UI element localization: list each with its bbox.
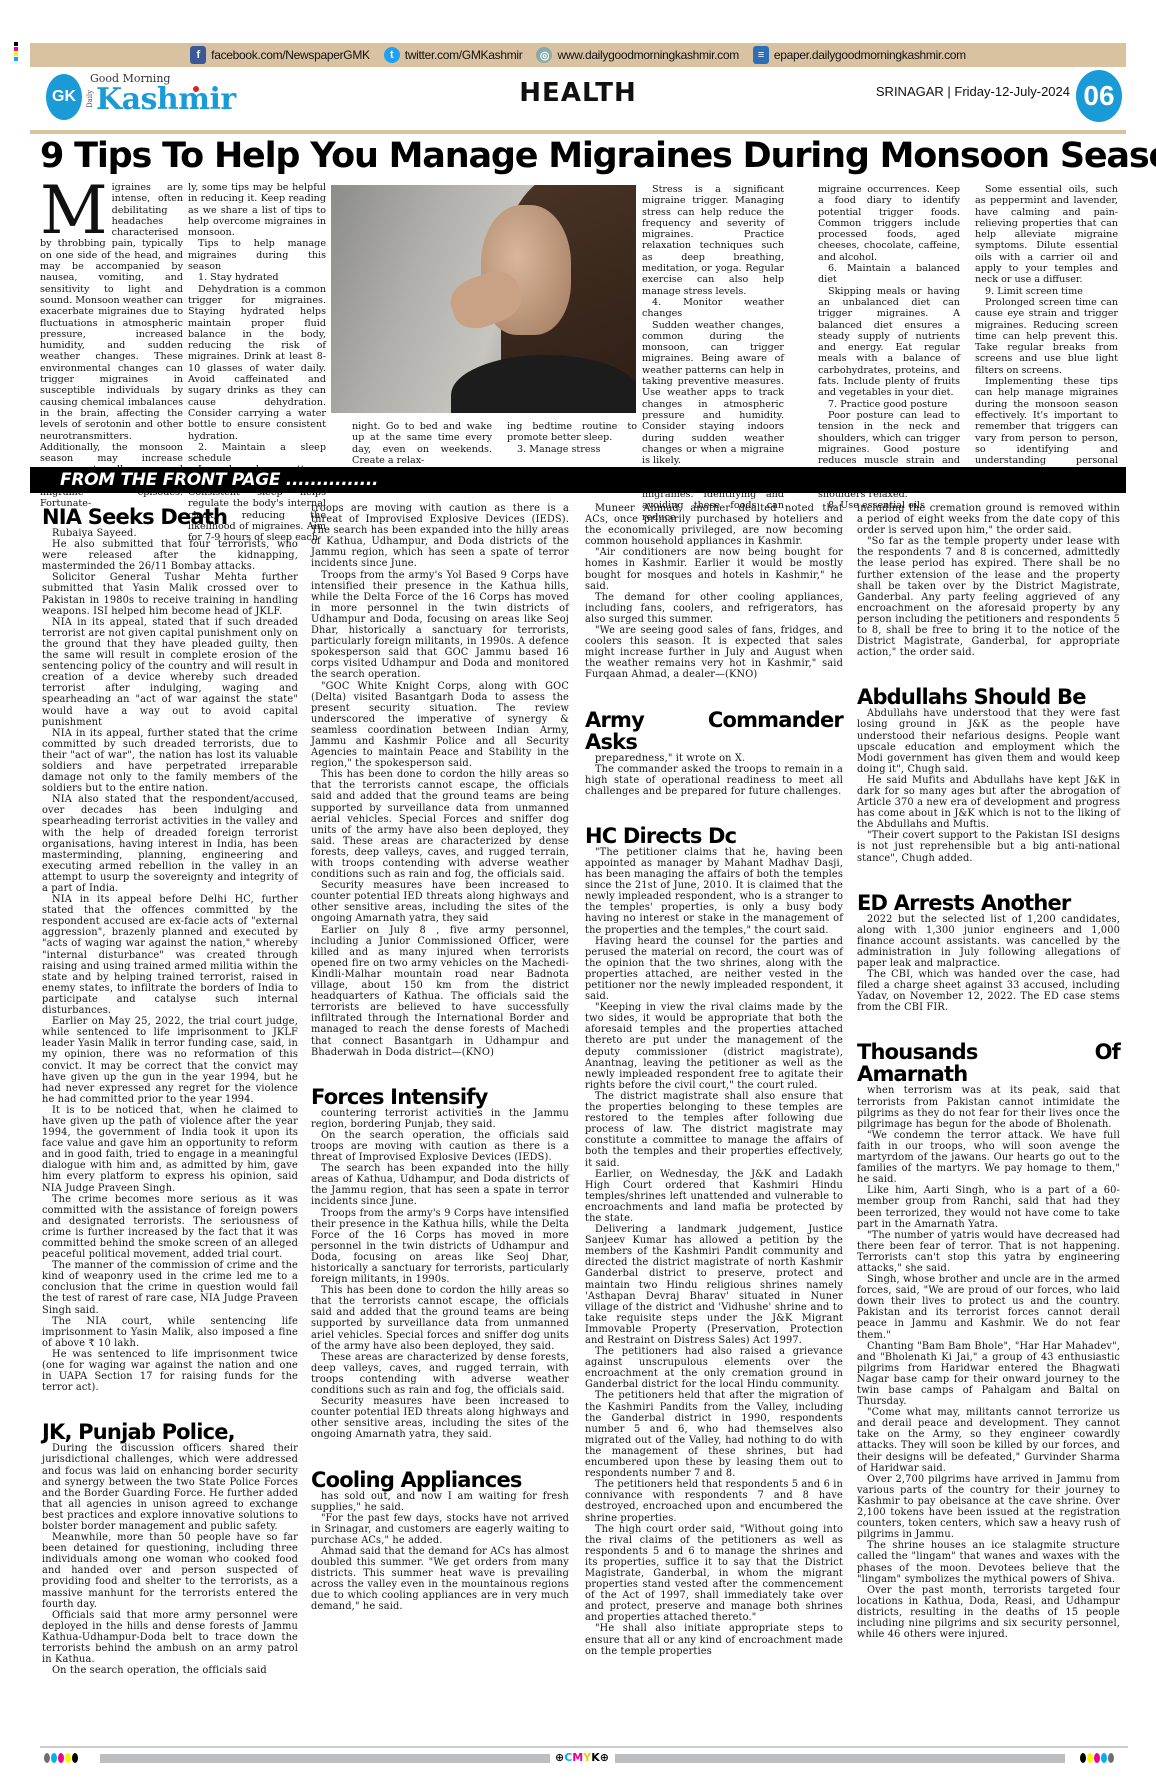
lead-col-1: M igraines are intense, often debilitati… [40,182,183,510]
masthead-rule [30,130,1126,134]
below-photo-right: ing bedtime routine to promote better sl… [507,421,637,455]
epaper-link[interactable]: ≡ epaper.dailygoodmorningkashmir.com [753,46,966,64]
twitter-icon: t [384,47,400,63]
story-headline-cooling[interactable]: Cooling Appliances [311,1469,569,1491]
registration-marks [14,42,18,62]
cmyk-bar-right [615,1754,1065,1763]
below-photo-left: night. Go to bed and wake up at the same… [352,421,492,466]
facebook-link[interactable]: f facebook.com/NewspaperGMK [190,46,370,64]
lead-headline: 9 Tips To Help You Manage Migraines Duri… [40,136,1130,176]
globe-icon: ◎ [536,47,552,63]
lead-col-5: migraine occurrences. Keep a food diary … [818,184,960,512]
story-headline-hc[interactable]: HC Directs Dc [585,825,843,847]
footer-rule [40,1746,1128,1748]
facebook-icon: f [190,46,206,64]
lead-col-6: Some essential oils, such as peppermint … [975,184,1118,489]
news-col-4: including the cremation ground is remove… [857,503,1120,1640]
story-headline-amarnath[interactable]: Thousands Of Amarnath [857,1041,1120,1085]
migraine-photo [331,185,636,413]
story-headline-abdullahs[interactable]: Abdullahs Should Be [857,686,1120,708]
website-link[interactable]: ◎ www.dailygoodmorningkashmir.com [536,47,738,63]
twitter-link[interactable]: t twitter.com/GMKashmir [384,47,523,63]
social-links-bar: f facebook.com/NewspaperGMK t twitter.co… [30,43,1126,67]
registration-dots-right [1080,1753,1114,1763]
front-page-banner: FROM THE FRONT PAGE ............... [30,467,1126,493]
cmyk-bar-left [100,1754,550,1763]
registration-dots-left [44,1753,78,1763]
news-col-1: NIA Seeks Death Rubaiya Sayeed. He also … [42,506,298,1676]
page-number: 06 [1076,70,1122,122]
story-headline-forces[interactable]: Forces Intensify [311,1086,569,1108]
story-headline-nia[interactable]: NIA Seeks Death [42,506,298,528]
drop-cap: M [40,184,108,238]
news-col-3: Muneer Ahmad, another dealted noted that… [585,503,843,1657]
story-headline-army[interactable]: Army Commander Asks [585,709,843,753]
news-col-2: troops are moving with caution as there … [311,503,569,1613]
document-icon: ≡ [753,46,769,64]
masthead: GK Good Morning Daily Kashmir HEALTH SRI… [30,68,1126,128]
dateline: SRINAGAR | Friday-12-July-2024 [876,84,1070,99]
story-headline-ed[interactable]: ED Arrests Another [857,892,1120,914]
cmyk-label: ⊕CMYK⊕ [555,1751,609,1764]
story-headline-jk-punjab[interactable]: JK, Punjab Police, [42,1421,298,1443]
